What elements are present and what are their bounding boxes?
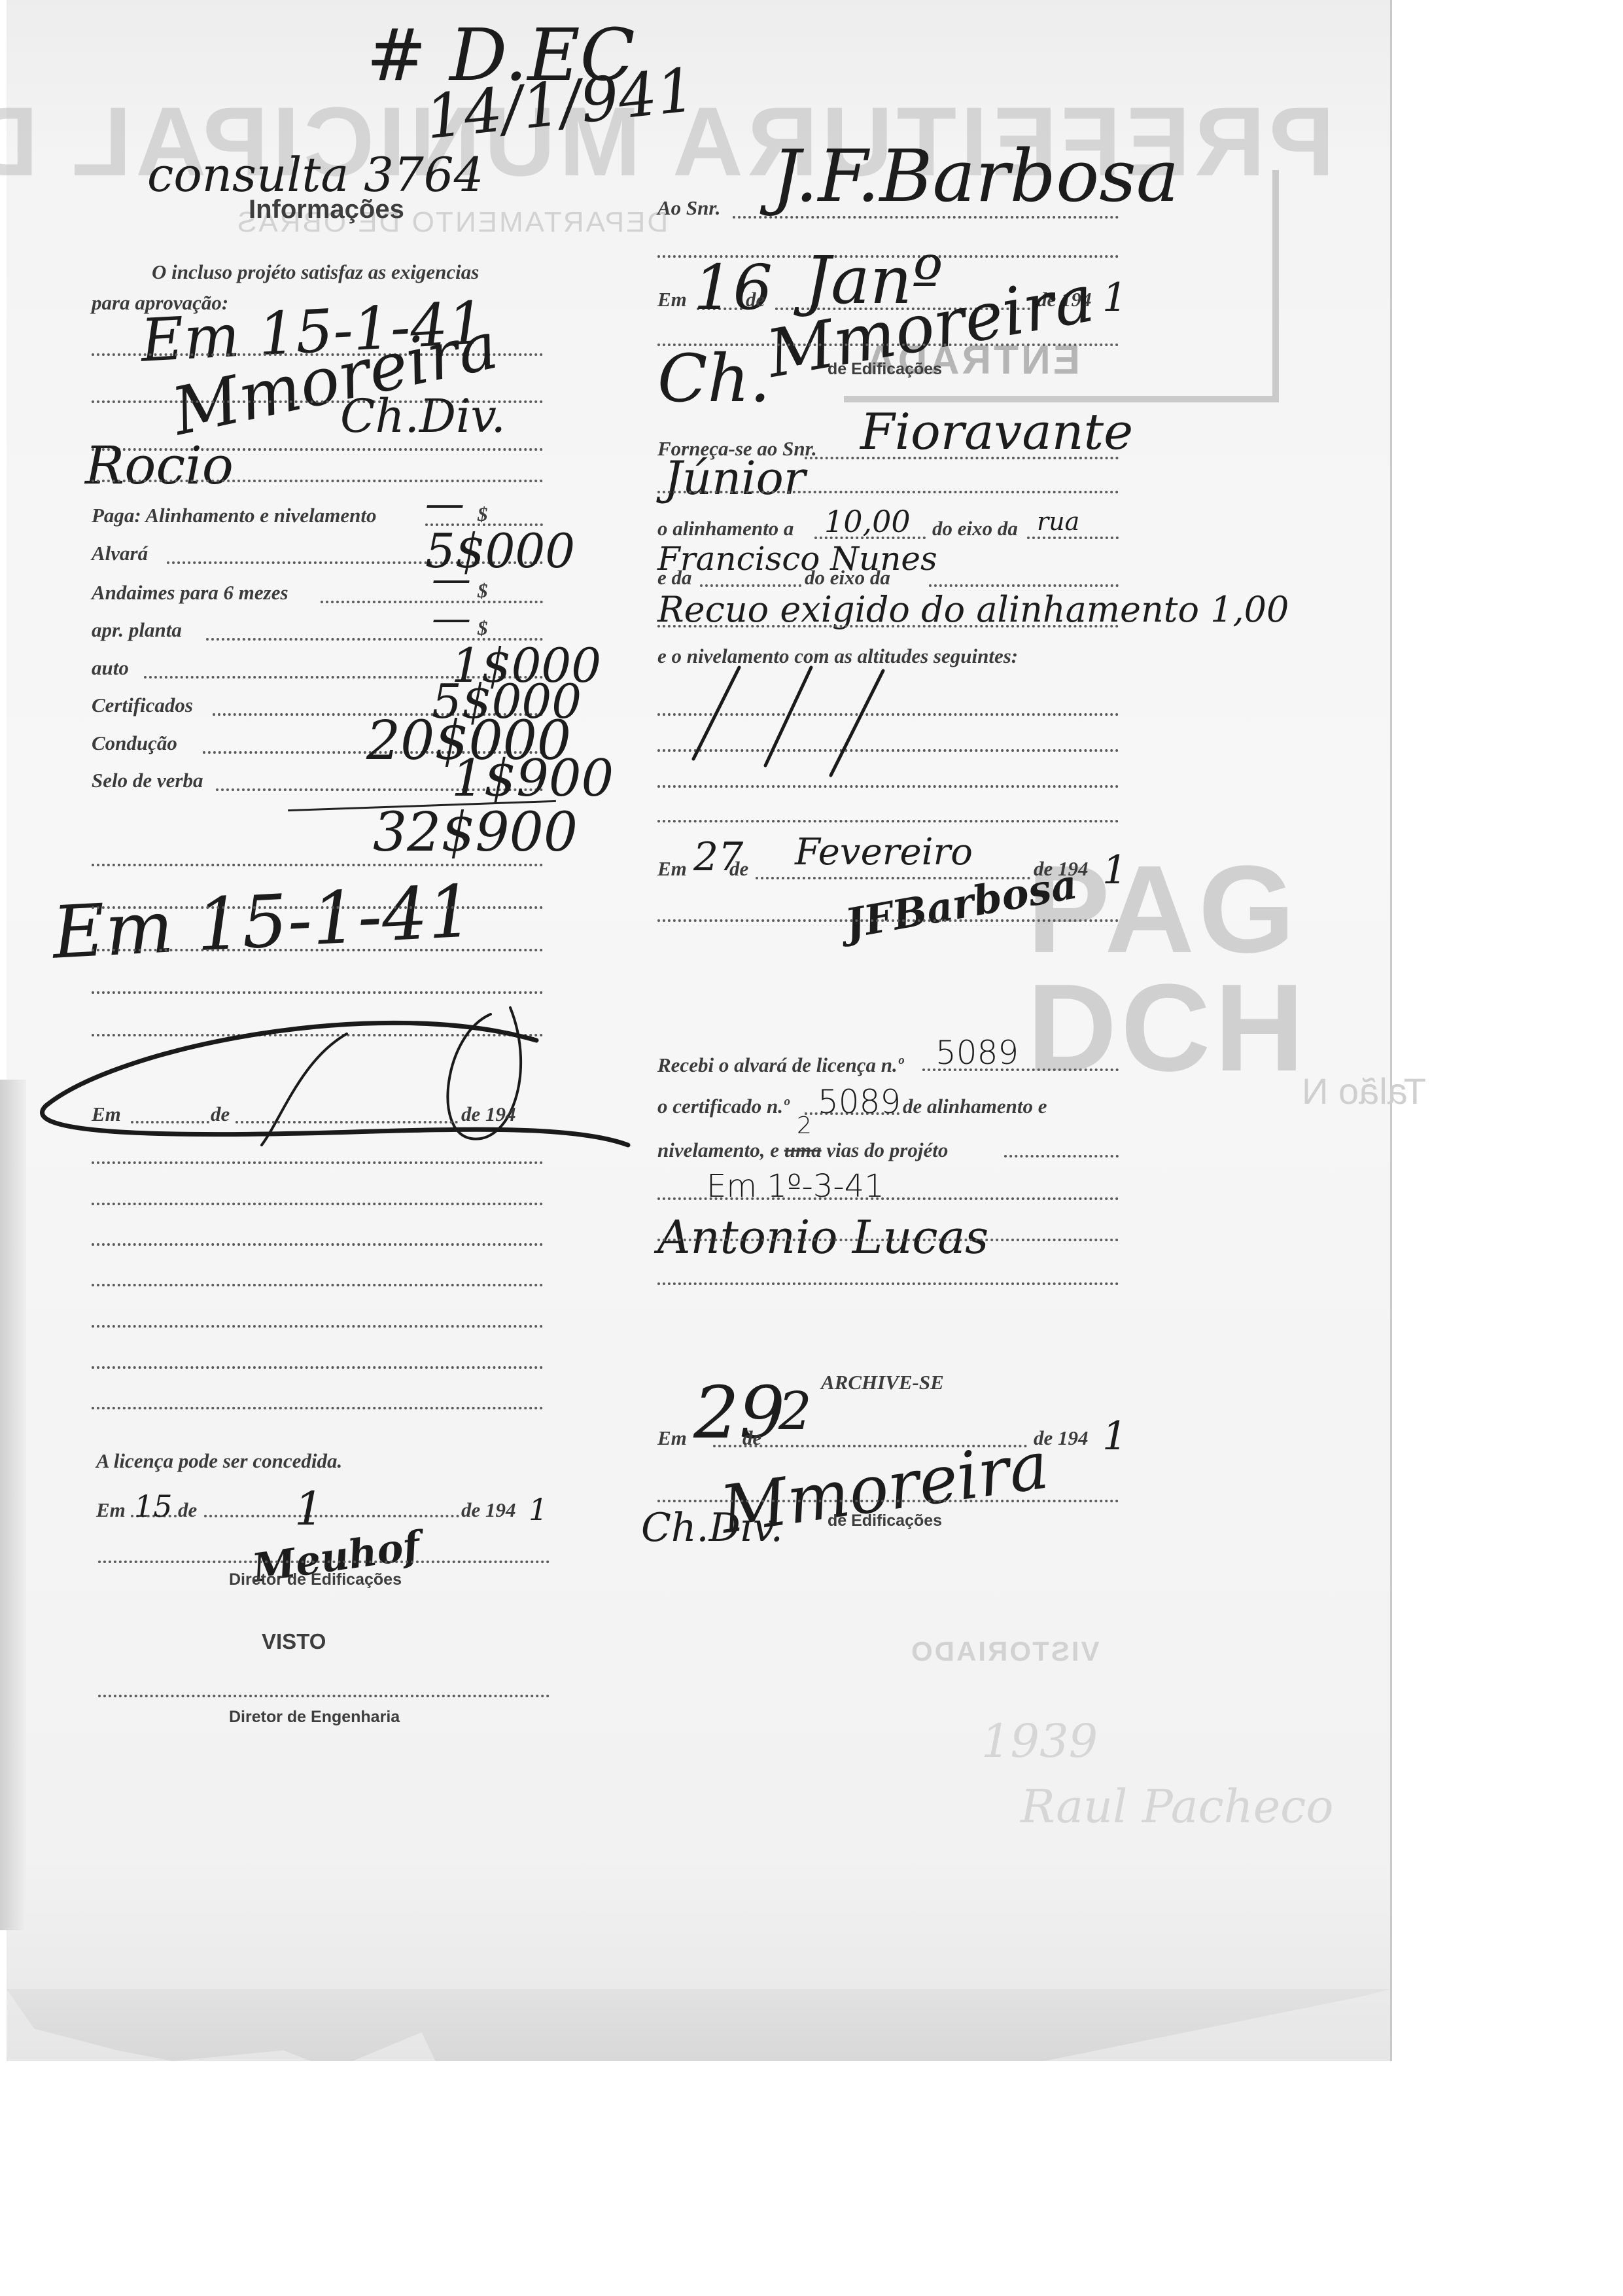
fee-label: Andaimes para 6 mezes — [92, 581, 288, 605]
form-line — [204, 1515, 459, 1517]
form-line — [1004, 1155, 1119, 1157]
consulta-annotation: consulta 3764 — [147, 147, 483, 202]
receipt-line2: o certificado n.º — [657, 1095, 789, 1118]
approval-de-year: de 194 — [461, 1498, 516, 1522]
form-line — [657, 820, 1119, 822]
informacoes-title: Informações — [249, 195, 404, 224]
form-line — [92, 1161, 543, 1164]
fee-label: Alvará — [92, 542, 148, 565]
approval-de: de — [178, 1498, 197, 1522]
form-line — [657, 491, 1119, 493]
chief-abbrev: Ch.Div. — [340, 389, 506, 443]
em-label: Em — [92, 1103, 121, 1126]
fee-value: 1$900 — [451, 749, 614, 808]
form-line — [92, 1243, 543, 1246]
receiver-signature: Antonio Lucas — [657, 1210, 988, 1264]
fee-label-paga: Paga: Alinhamento e nivelamento — [92, 504, 376, 527]
form-line — [657, 1500, 1119, 1502]
visto-label: VISTO — [262, 1629, 326, 1654]
certificado-number: 5089 — [818, 1083, 901, 1121]
fee-label: apr. planta — [92, 618, 182, 642]
alinhamento-eixo: do eixo da — [932, 517, 1018, 540]
fee-label: Selo de verba — [92, 769, 203, 792]
form-line — [1027, 537, 1119, 539]
approval-year-suffix: 1 — [529, 1492, 548, 1527]
ao-snr-signature: J.F.Barbosa — [772, 134, 1179, 218]
alinhamento-street-word: rua — [1037, 507, 1079, 536]
fee-currency: $ — [478, 579, 488, 603]
form-line — [98, 1695, 550, 1697]
do-eixo-label: do eixo da — [805, 566, 890, 590]
fee-currency: $ — [478, 503, 488, 526]
receipt-line3-prefix: nivelamento, e uma vias do projéto — [657, 1139, 948, 1162]
form-line — [92, 1407, 543, 1409]
alinhamento-note: Recuo exigido do alinhamento 1,00 — [657, 589, 1289, 630]
signature-1-abbrev: Ch. — [657, 340, 771, 417]
date2-month: Fevereiro — [795, 831, 973, 874]
form-line — [131, 1121, 209, 1123]
form-line — [700, 584, 801, 587]
form-line — [657, 1282, 1119, 1285]
form-line — [236, 1121, 458, 1123]
archive-day: 29 — [693, 1371, 785, 1455]
archive-em: Em — [657, 1426, 687, 1450]
form-line — [92, 1203, 543, 1205]
de-year-label: de 194 — [461, 1103, 516, 1126]
fee-total: 32$900 — [373, 802, 578, 864]
archive-sig-abbrev: Ch.Div. — [641, 1505, 783, 1551]
form-line — [92, 1325, 543, 1328]
fornecido-name: Fioravante — [860, 402, 1133, 461]
form-line — [657, 1197, 1119, 1200]
approval-em: Em — [96, 1498, 126, 1522]
form-line — [657, 785, 1119, 788]
archive-year-suffix: 1 — [1102, 1413, 1127, 1459]
inserted-vias-count: 2 — [797, 1112, 812, 1139]
approval-day: 15 — [134, 1489, 173, 1524]
fee-label: Certificados — [92, 694, 193, 717]
intro-text: O incluso projéto satisfaz as exigencias — [152, 260, 479, 284]
ao-snr-label: Ao Snr. — [657, 196, 721, 220]
fee-value: — — [425, 481, 464, 527]
date1-year-suffix: 1 — [1102, 275, 1127, 321]
form-line — [92, 1366, 543, 1369]
fornecido-name-2: Júnior — [664, 451, 805, 505]
date2-em: Em — [657, 857, 687, 881]
fee-label: auto — [92, 656, 129, 680]
signature-1-role: de Edificações — [828, 360, 942, 379]
date2-year-suffix: 1 — [1102, 847, 1127, 893]
bleed-through-handwriting: 1939 — [981, 1714, 1098, 1768]
form-line — [92, 864, 543, 866]
form-line — [92, 1284, 543, 1286]
talao-label: Talão N — [1302, 1070, 1426, 1112]
receipt-line1: Recebi o alvará de licença n.º — [657, 1053, 903, 1077]
vistoriado-bleed: VISTORIADO — [909, 1636, 1100, 1667]
form-line — [657, 919, 1119, 922]
archive-role: de Edificações — [828, 1511, 942, 1530]
fee-currency: $ — [478, 616, 488, 640]
large-loop-signature — [39, 968, 628, 1165]
nivelamento-slashes — [680, 661, 1106, 772]
receipt-line2-suffix: de alinhamento e — [903, 1095, 1047, 1118]
e-da-label: e da — [657, 566, 692, 590]
director-edificacoes-label: Diretor de Edificações — [229, 1570, 402, 1589]
approval-text: A licença pode ser concedida. — [96, 1449, 342, 1473]
fee-value: — — [432, 595, 471, 641]
alinhamento-distance: 10,00 — [824, 504, 911, 539]
alvara-number: 5089 — [935, 1034, 1019, 1072]
form-line — [92, 906, 543, 909]
archive-title: ARCHIVE-SE — [821, 1371, 944, 1394]
form-line — [92, 949, 543, 951]
fee-label: Condução — [92, 732, 177, 755]
bleed-through-handwriting: Raul Pacheco — [1021, 1780, 1334, 1833]
form-line — [657, 625, 1119, 627]
form-line — [657, 1239, 1119, 1241]
form-line — [92, 480, 543, 482]
date1-em: Em — [657, 288, 687, 311]
date2-de: de — [729, 857, 748, 881]
struck-word: uma — [784, 1139, 822, 1161]
date1-de: de — [746, 288, 765, 311]
director-engenharia-label: Diretor de Engenharia — [229, 1708, 400, 1727]
approval-month: 1 — [294, 1482, 324, 1536]
alinhamento-street-name: Francisco Nunes — [657, 540, 937, 578]
de-label: de — [211, 1103, 230, 1126]
alinhamento-prefix: o alinhamento a — [657, 517, 794, 540]
form-line — [929, 584, 1119, 587]
page-fold-shadow — [0, 1080, 26, 1930]
archive-month: 2 — [778, 1381, 812, 1441]
form-line — [98, 1561, 550, 1563]
handwritten-name: Rocio — [85, 435, 234, 496]
